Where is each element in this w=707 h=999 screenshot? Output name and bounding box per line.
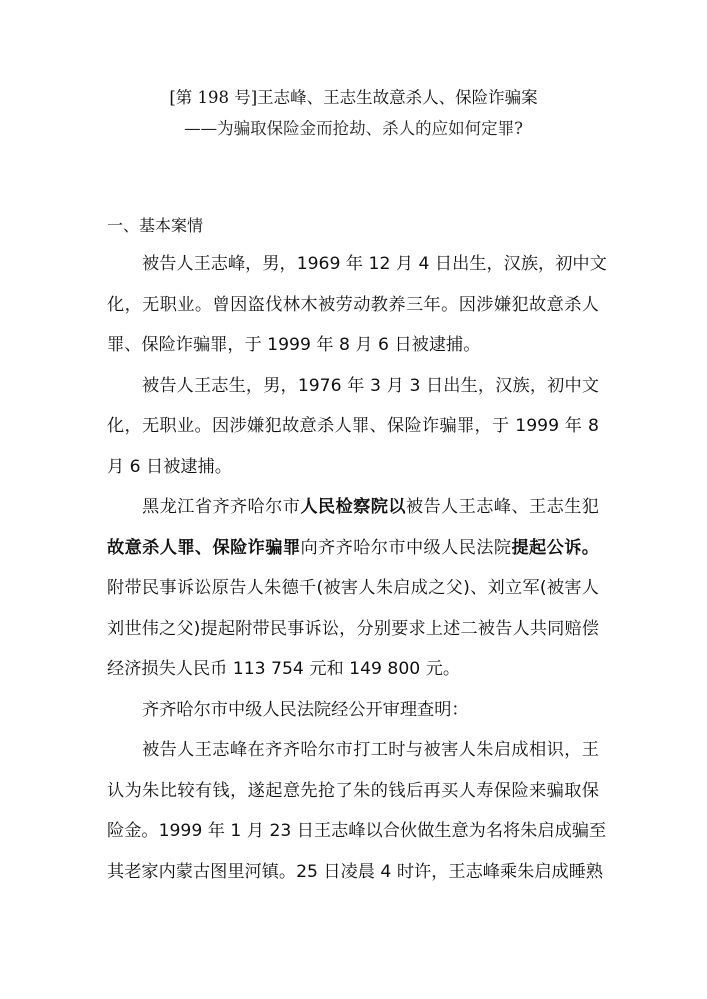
- paragraph-defendant-1: 被告人王志峰，男，1969 年 12 月 4 日出生，汉族，初中文 化，无职业。…: [107, 244, 599, 366]
- paragraph-line: 齐齐哈尔市中级人民法院经公开审理查明：: [107, 690, 599, 731]
- paragraph-line: 化，无职业。曾因盗伐林木被劳动教养三年。因涉嫌犯故意杀人: [107, 285, 599, 326]
- paragraph-defendant-2: 被告人王志生，男，1976 年 3 月 3 日出生，汉族，初中文 化，无职业。因…: [107, 366, 599, 488]
- paragraph-line: 其老家内蒙古图里河镇。25 日凌晨 4 时许，王志峰乘朱启成睡熟: [107, 852, 599, 893]
- paragraph-line: 故意杀人罪、保险诈骗罪向齐齐哈尔市中级人民法院提起公诉。: [107, 528, 599, 569]
- paragraph-line: 月 6 日被逮捕。: [107, 447, 599, 488]
- document-body: 一、基本案情 被告人王志峰，男，1969 年 12 月 4 日出生，汉族，初中文…: [107, 211, 599, 892]
- text-segment: 黑龙江省齐齐哈尔市: [142, 497, 300, 517]
- paragraph-line: 罪、保险诈骗罪，于 1999 年 8 月 6 日被逮捕。: [107, 325, 599, 366]
- text-segment: 向齐齐哈尔市中级人民法院: [300, 538, 511, 558]
- paragraph-line: 被告人王志生，男，1976 年 3 月 3 日出生，汉族，初中文: [107, 366, 599, 407]
- paragraph-prosecution: 黑龙江省齐齐哈尔市人民检察院以被告人王志峰、王志生犯 故意杀人罪、保险诈骗罪向齐…: [107, 487, 599, 690]
- paragraph-line: 刘世伟之父)提起附带民事诉讼，分别要求上述二被告人共同赔偿: [107, 609, 599, 650]
- paragraph-line: 被告人王志峰在齐齐哈尔市打工时与被害人朱启成相识，王: [107, 730, 599, 771]
- paragraph-line: 险金。1999 年 1 月 23 日王志峰以合伙做生意为名将朱启成骗至: [107, 811, 599, 852]
- paragraph-line: 黑龙江省齐齐哈尔市人民检察院以被告人王志峰、王志生犯: [107, 487, 599, 528]
- section-heading: 一、基本案情: [107, 211, 599, 244]
- paragraph-line: 认为朱比较有钱，遂起意先抢了朱的钱后再买人寿保险来骗取保: [107, 771, 599, 812]
- paragraph-line: 经济损失人民币 113 754 元和 149 800 元。: [107, 649, 599, 690]
- paragraph-line: 被告人王志峰，男，1969 年 12 月 4 日出生，汉族，初中文: [107, 244, 599, 285]
- paragraph-facts: 被告人王志峰在齐齐哈尔市打工时与被害人朱启成相识，王 认为朱比较有钱，遂起意先抢…: [107, 730, 599, 892]
- bold-segment: 故意杀人罪、保险诈骗罪: [107, 538, 300, 558]
- paragraph-line: 附带民事诉讼原告人朱德千(被害人朱启成之父)、刘立军(被害人: [107, 568, 599, 609]
- text-segment: 被告人王志峰、王志生犯: [406, 497, 599, 517]
- bold-segment: 人民检察院以: [300, 497, 406, 517]
- paragraph-line: 化，无职业。因涉嫌犯故意杀人罪、保险诈骗罪，于 1999 年 8: [107, 406, 599, 447]
- bold-segment: 提起公诉。: [511, 538, 599, 558]
- document-title: [第 198 号]王志峰、王志生故意杀人、保险诈骗案: [0, 86, 707, 110]
- document-page: [第 198 号]王志峰、王志生故意杀人、保险诈骗案 ——为骗取保险金而抢劫、杀…: [0, 0, 707, 999]
- document-subtitle: ——为骗取保险金而抢劫、杀人的应如何定罪?: [0, 117, 707, 141]
- paragraph-court-finding: 齐齐哈尔市中级人民法院经公开审理查明：: [107, 690, 599, 731]
